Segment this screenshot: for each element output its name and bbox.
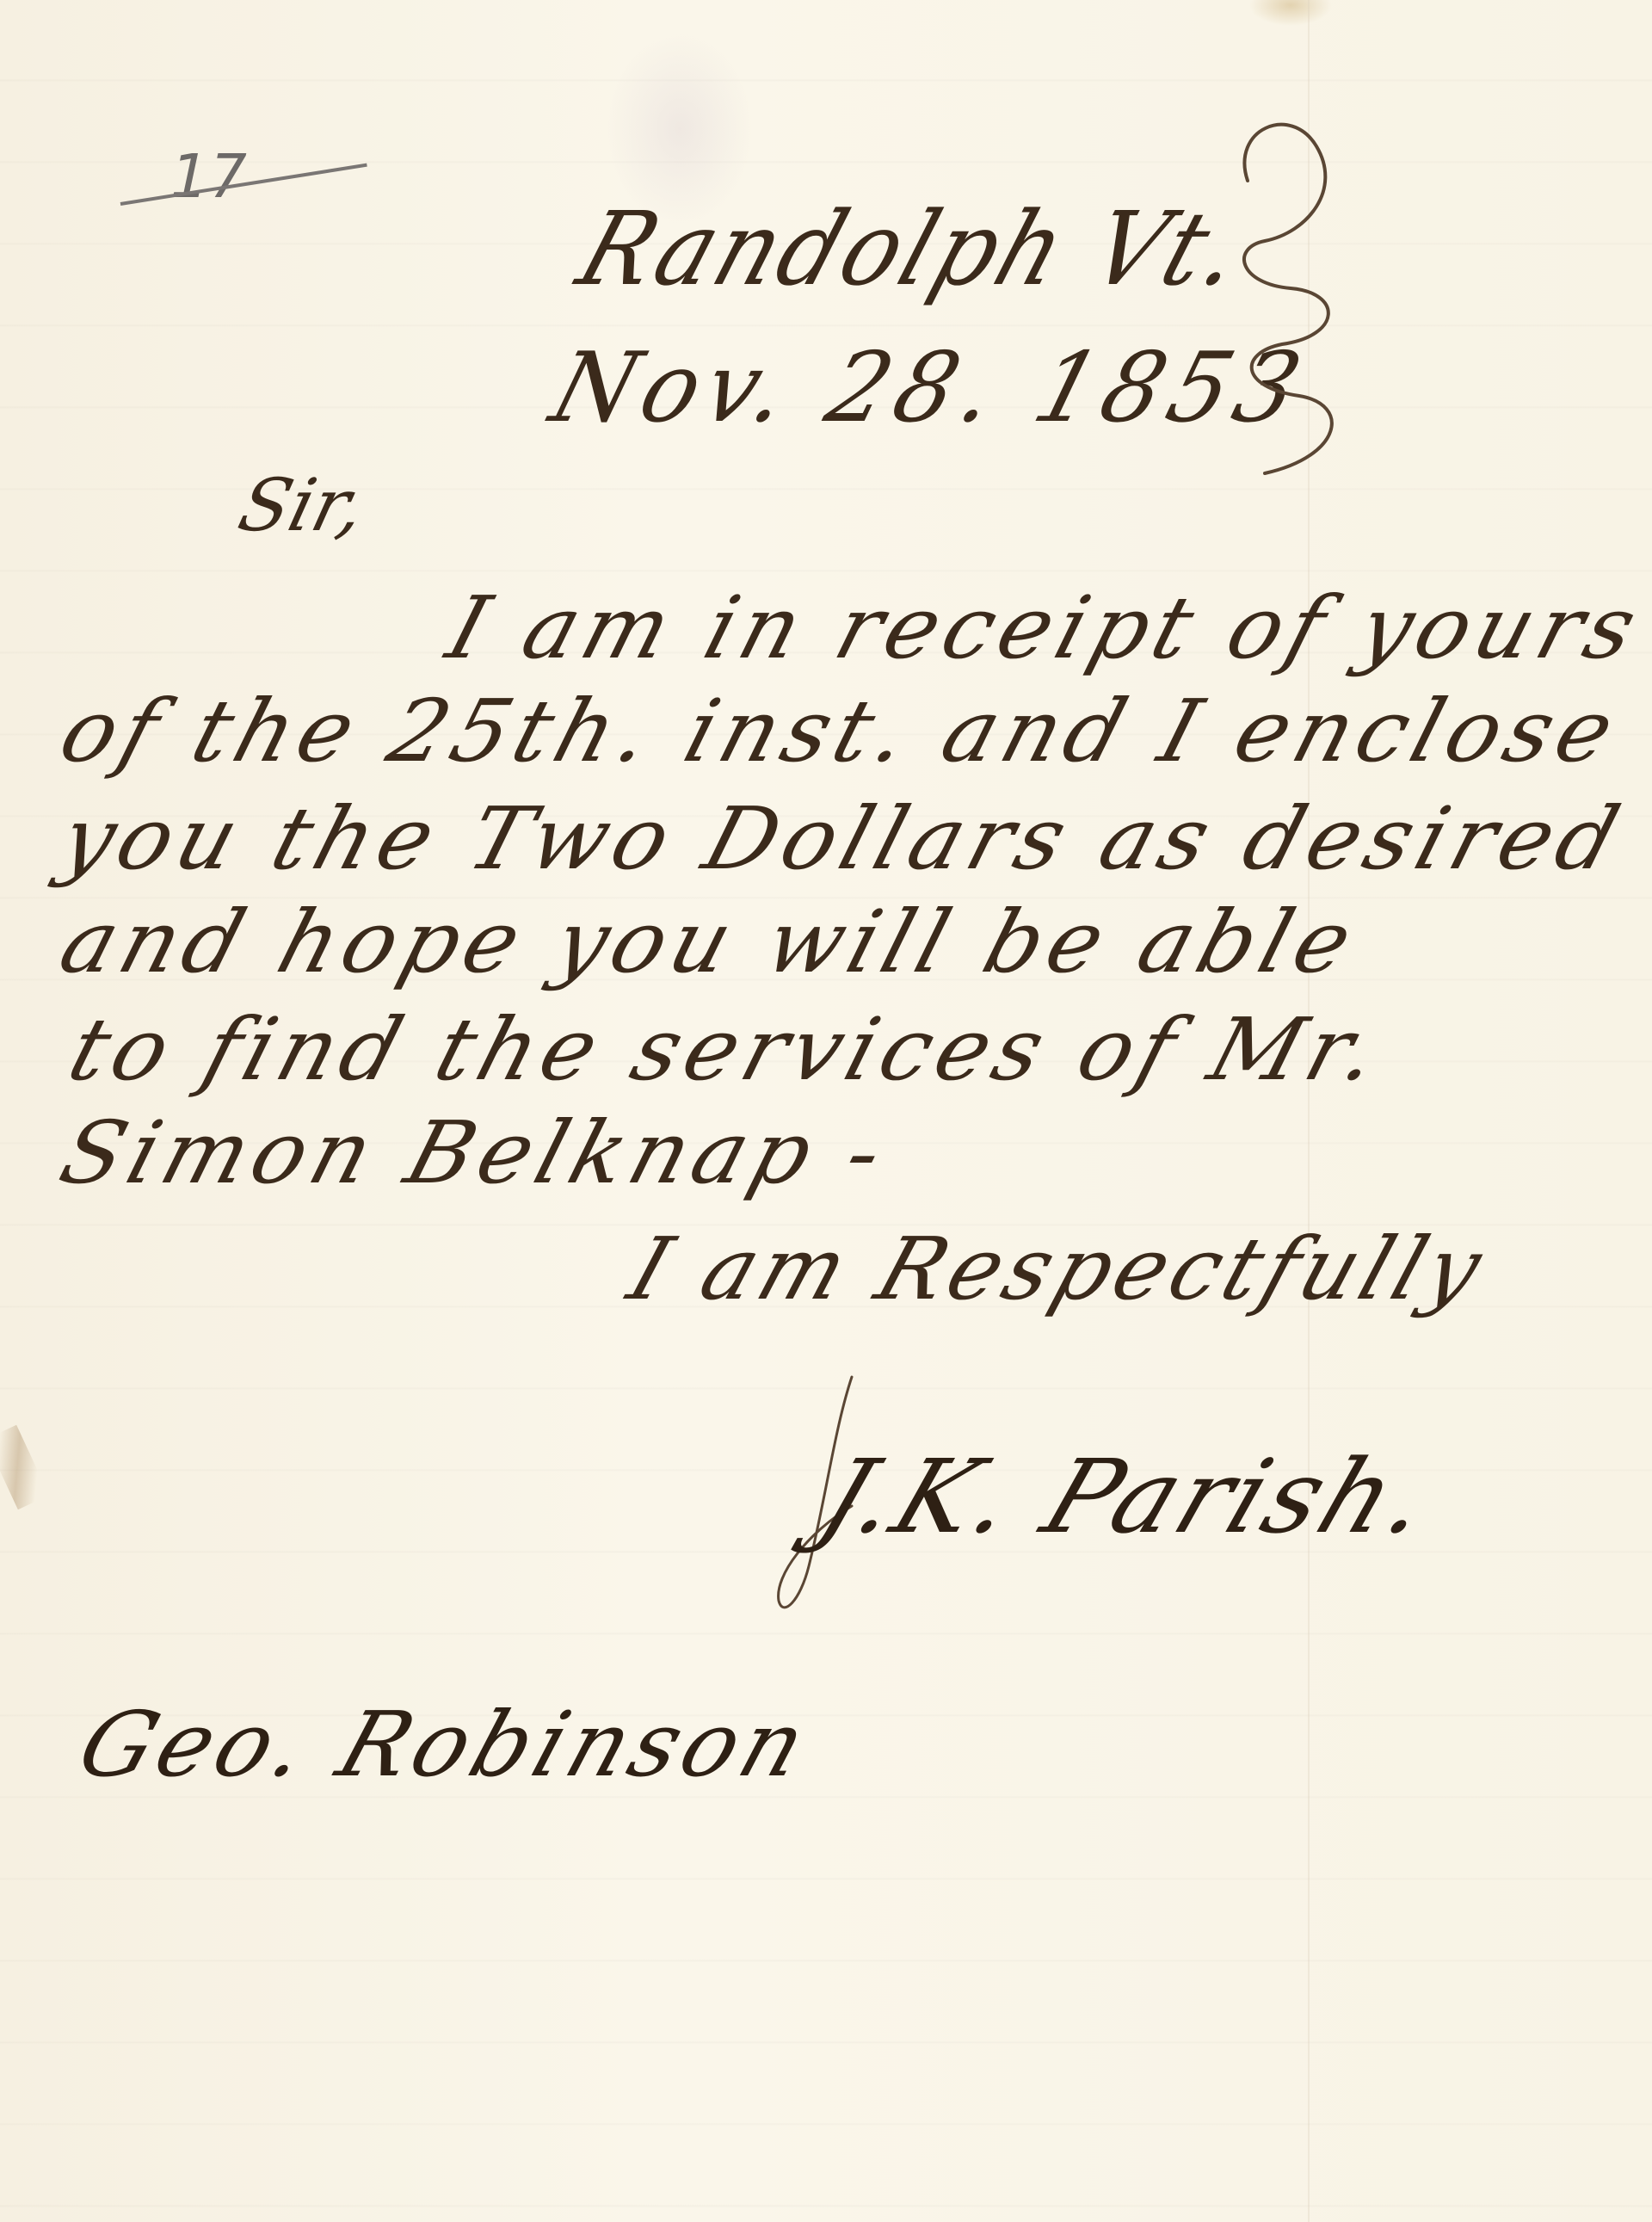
body-line: and hope you will be able [52, 899, 1367, 985]
heading-flourish-icon [1213, 112, 1368, 491]
body-line: of the 25th. inst. and I enclose [52, 688, 1629, 775]
archival-number: 17 [163, 146, 253, 207]
signature: J.K. Parish. [809, 1446, 1447, 1547]
body-line: to find the services of Mr. [60, 1007, 1394, 1093]
letter-date: Nov. 28. 1853 [542, 340, 1318, 436]
body-line: I am in receipt of yours [439, 585, 1651, 671]
paper-edge-tear [0, 1425, 49, 1509]
addressee: Geo. Robinson [69, 1700, 821, 1789]
salutation: Sir, [232, 469, 373, 541]
closing-phrase: I am Respectfully [619, 1226, 1496, 1312]
body-line: Simon Belknap - [52, 1110, 897, 1196]
letter-page: 17 Randolph Vt. Nov. 28. 1853 Sir, I am … [0, 0, 1652, 2222]
body-line: you the Two Dollars as desired [52, 796, 1633, 882]
letter-place: Randolph Vt. [568, 198, 1257, 299]
